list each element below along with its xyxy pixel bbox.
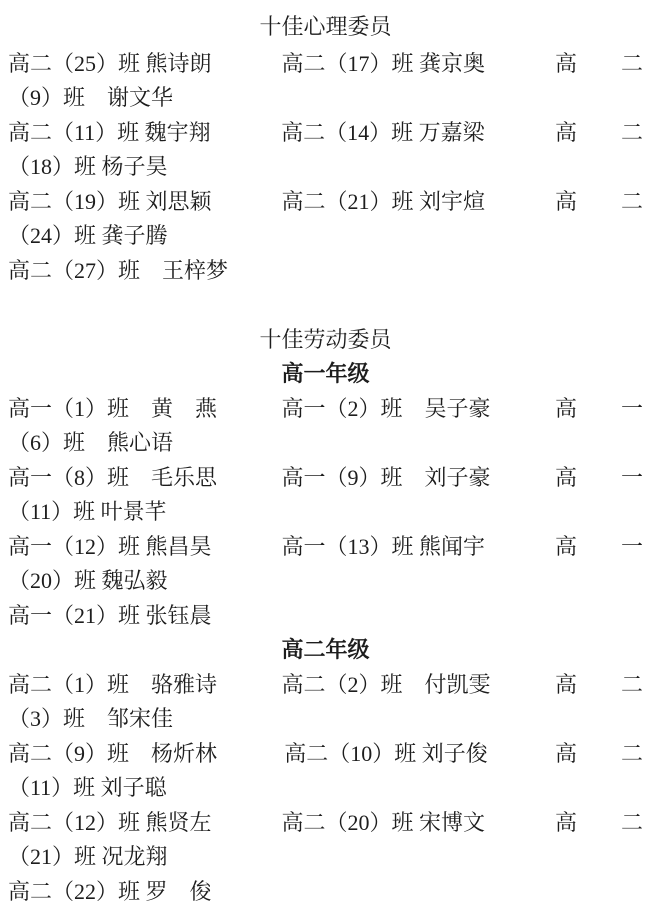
- entry-line: 高二（22）班 罗 俊: [8, 873, 643, 908]
- entry-line: 高二（9）班 杨炘林 高二（10）班 刘子俊 高 二: [8, 735, 643, 770]
- entry-right: 高 一: [555, 461, 643, 492]
- entry-mid: 高二（10）班 刘子俊: [284, 737, 488, 768]
- entry-line-continuation: （24）班 龚子腾: [8, 218, 643, 253]
- entry-mid: 高二（21）班 刘宇煊: [281, 185, 485, 216]
- entry-right: 高 二: [555, 185, 643, 216]
- entry-left: （9）班 谢文华: [8, 81, 173, 112]
- entry-right: 高 二: [555, 668, 643, 699]
- entry-left: 高二（11）班 魏宇翔: [8, 116, 211, 147]
- entry-mid: 高一（9）班 刘子豪: [281, 461, 490, 492]
- entry-right: 高 二: [555, 806, 643, 837]
- entry-line-continuation: （18）班 杨子昊: [8, 149, 643, 184]
- entry-left: 高一（8）班 毛乐思: [8, 461, 217, 492]
- entry-line: 高二（25）班 熊诗朗 高二（17）班 龚京奥 高 二: [8, 45, 643, 80]
- entry-line-continuation: （11）班 叶景芊: [8, 494, 643, 529]
- section-spacer: [8, 287, 643, 322]
- entry-mid: 高一（2）班 吴子豪: [281, 392, 490, 423]
- entry-left: （21）班 况龙翔: [8, 840, 168, 871]
- entry-line-continuation: （3）班 邹宋佳: [8, 701, 643, 736]
- entry-line-continuation: （20）班 魏弘毅: [8, 563, 643, 598]
- entry-mid: 高一（13）班 熊闻宇: [281, 530, 485, 561]
- section-title-psychology: 十佳心理委员: [8, 5, 643, 45]
- entry-line-continuation: （9）班 谢文华: [8, 80, 643, 115]
- section-title-labor: 十佳劳动委员: [8, 321, 643, 356]
- entry-line: 高一（8）班 毛乐思 高一（9）班 刘子豪 高 一: [8, 459, 643, 494]
- entry-line: 高二（19）班 刘思颖 高二（21）班 刘宇煊 高 二: [8, 183, 643, 218]
- entry-left: 高二（1）班 骆雅诗: [8, 668, 217, 699]
- entry-left: （11）班 叶景芊: [8, 495, 167, 526]
- grade-subtitle-text: 高二年级: [281, 633, 369, 664]
- entry-line: 高二（11）班 魏宇翔 高二（14）班 万嘉梁 高 二: [8, 114, 643, 149]
- entry-left: 高一（21）班 张钰晨: [8, 599, 212, 630]
- entry-left: 高二（12）班 熊贤左: [8, 806, 212, 837]
- entry-right: 高 二: [555, 47, 643, 78]
- entry-left: （24）班 龚子腾: [8, 219, 168, 250]
- entry-mid: 高二（17）班 龚京奥: [281, 47, 485, 78]
- entry-right: 高 一: [555, 392, 643, 423]
- entry-right: 高 二: [555, 737, 643, 768]
- grade-subtitle-text: 高一年级: [281, 357, 369, 388]
- entry-left: （18）班 杨子昊: [8, 150, 168, 181]
- entry-left: （6）班 熊心语: [8, 426, 173, 457]
- grade-subtitle-grade1: 高一年级: [8, 356, 643, 391]
- entry-line: 高二（12）班 熊贤左 高二（20）班 宋博文 高 二: [8, 804, 643, 839]
- document-page: 十佳心理委员 高二（25）班 熊诗朗 高二（17）班 龚京奥 高 二 （9）班 …: [0, 0, 651, 910]
- entry-line: 高一（12）班 熊昌昊 高一（13）班 熊闻宇 高 一: [8, 528, 643, 563]
- entry-line-continuation: （11）班 刘子聪: [8, 770, 643, 805]
- entry-left: （3）班 邹宋佳: [8, 702, 173, 733]
- entry-mid: 高二（20）班 宋博文: [281, 806, 485, 837]
- entry-line: 高一（1）班 黄 燕 高一（2）班 吴子豪 高 一: [8, 390, 643, 425]
- entry-left: 高二（25）班 熊诗朗: [8, 47, 212, 78]
- grade-subtitle-grade2: 高二年级: [8, 632, 643, 667]
- entry-left: （11）班 刘子聪: [8, 771, 167, 802]
- entry-left: （20）班 魏弘毅: [8, 564, 168, 595]
- entry-line-continuation: （6）班 熊心语: [8, 425, 643, 460]
- entry-mid: 高二（2）班 付凯雯: [281, 668, 490, 699]
- section-title-text: 十佳劳动委员: [259, 323, 391, 354]
- entry-left: 高二（27）班 王梓梦: [8, 254, 228, 285]
- entry-left: 高二（22）班 罗 俊: [8, 875, 212, 906]
- section-title-text: 十佳心理委员: [259, 10, 391, 41]
- entry-left: 高一（12）班 熊昌昊: [8, 530, 212, 561]
- entry-mid: 高二（14）班 万嘉梁: [281, 116, 485, 147]
- entry-line-continuation: （21）班 况龙翔: [8, 839, 643, 874]
- entry-left: 高一（1）班 黄 燕: [8, 392, 217, 423]
- entry-line: 高二（1）班 骆雅诗 高二（2）班 付凯雯 高 二: [8, 666, 643, 701]
- entry-right: 高 一: [555, 530, 643, 561]
- entry-line: 高二（27）班 王梓梦: [8, 252, 643, 287]
- entry-line: 高一（21）班 张钰晨: [8, 597, 643, 632]
- entry-left: 高二（19）班 刘思颖: [8, 185, 212, 216]
- entry-left: 高二（9）班 杨炘林: [8, 737, 217, 768]
- entry-right: 高 二: [555, 116, 643, 147]
